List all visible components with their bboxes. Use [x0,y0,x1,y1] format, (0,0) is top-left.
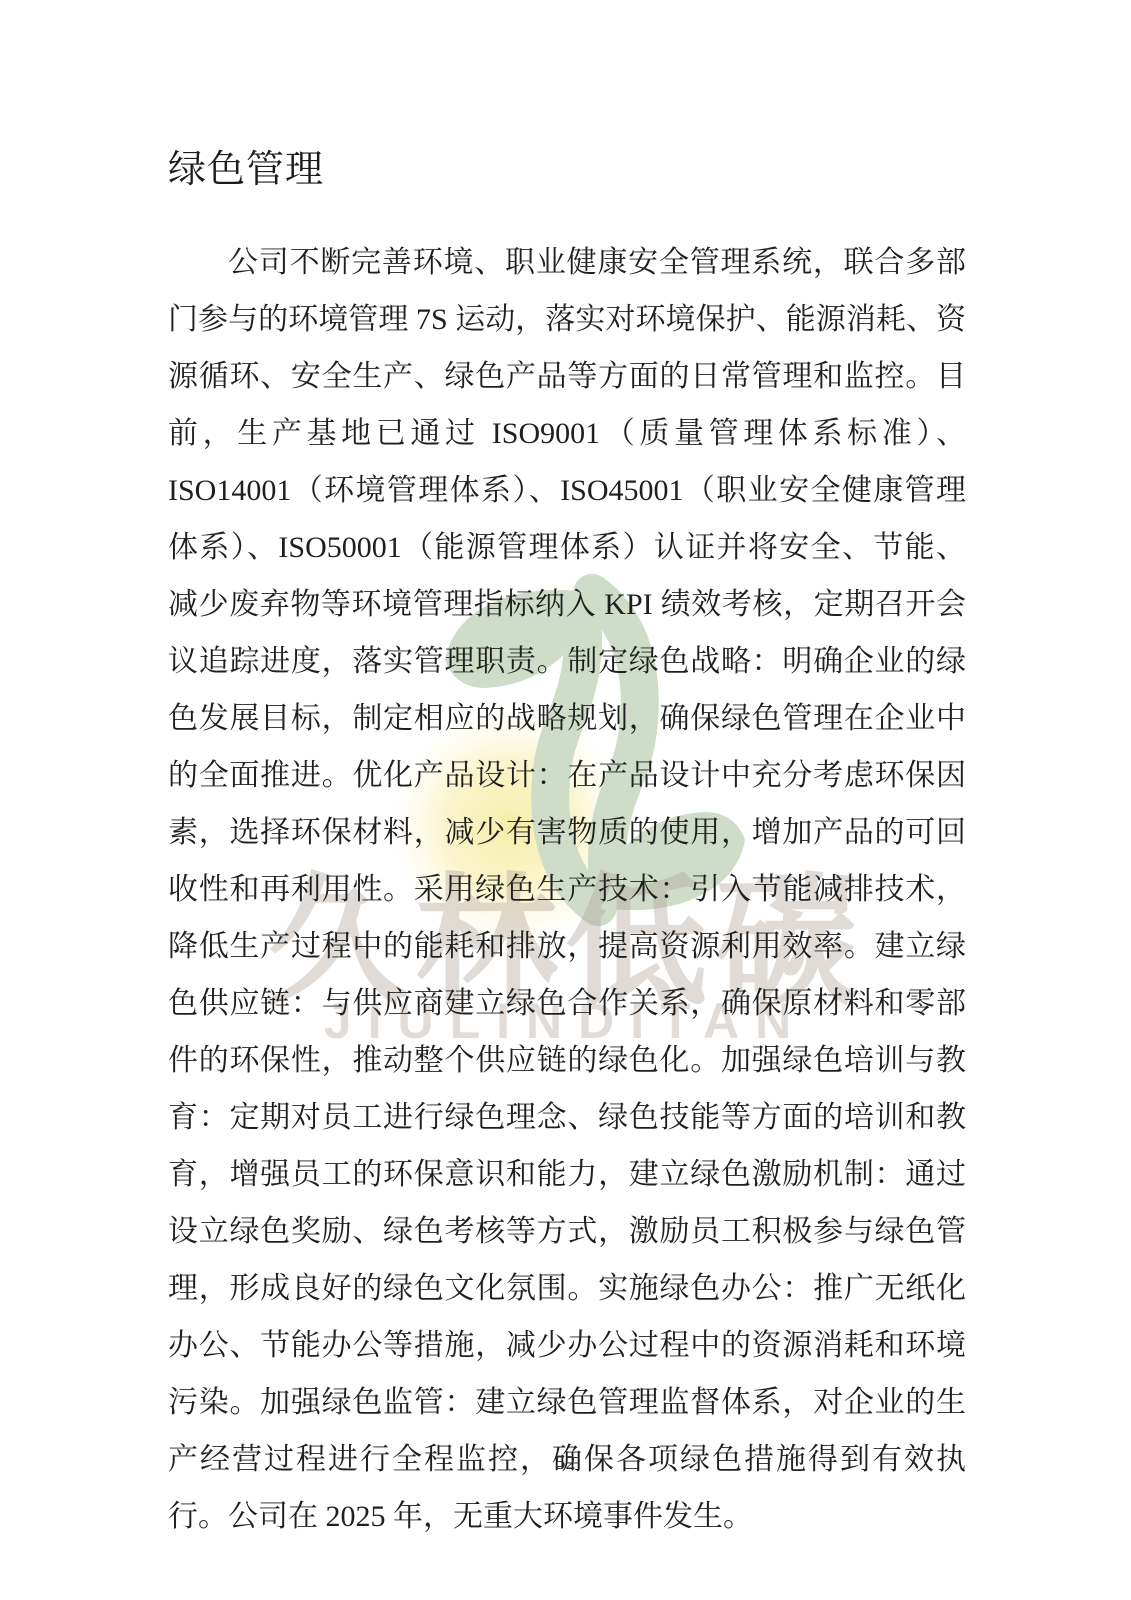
document-page: 久林低碳 JIULINDITAN 绿色管理 公司不断完善环境、职业健康安全管理系… [0,0,1131,1600]
page-number: 52 [0,1452,1131,1475]
page-title: 绿色管理 [168,138,324,193]
body-paragraph: 公司不断完善环境、职业健康安全管理系统，联合多部门参与的环境管理 7S 运动，落… [168,234,966,1545]
content-layer: 绿色管理 公司不断完善环境、职业健康安全管理系统，联合多部门参与的环境管理 7S… [0,0,1131,1600]
